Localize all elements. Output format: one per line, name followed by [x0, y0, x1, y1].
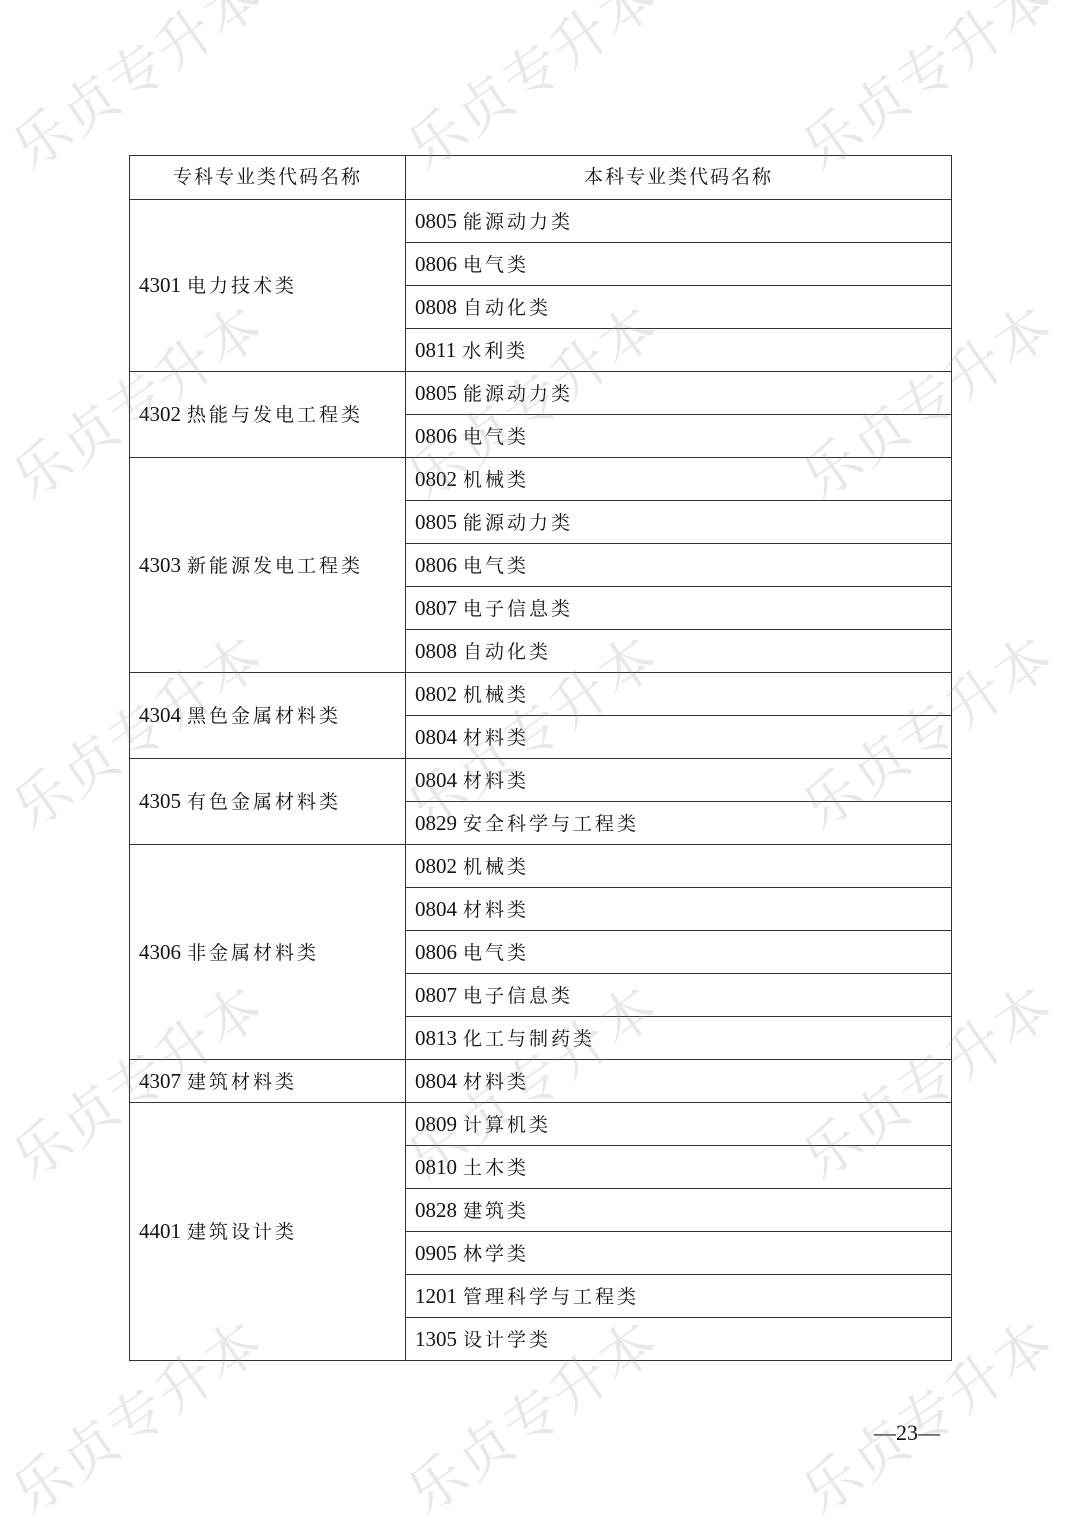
table-row: 4301电力技术类0805能源动力类: [130, 200, 952, 243]
table-row: 4305有色金属材料类0804材料类: [130, 759, 952, 802]
undergraduate-major-cell: 0802机械类: [406, 673, 952, 716]
undergraduate-major-cell: 1201管理科学与工程类: [406, 1275, 952, 1318]
major-code: 0810: [415, 1155, 457, 1179]
major-name: 建筑材料类: [187, 1071, 297, 1093]
major-code: 4302: [139, 402, 181, 426]
undergraduate-major-cell: 0804材料类: [406, 716, 952, 759]
undergraduate-major-cell: 0804材料类: [406, 1060, 952, 1103]
major-code: 4303: [139, 553, 181, 577]
undergraduate-major-cell: 1305设计学类: [406, 1318, 952, 1361]
major-code: 0802: [415, 467, 457, 491]
major-code: 0806: [415, 252, 457, 276]
major-code: 0806: [415, 424, 457, 448]
major-name: 材料类: [463, 727, 529, 749]
junior-college-major-cell: 4303新能源发电工程类: [130, 458, 406, 673]
major-name: 能源动力类: [463, 383, 573, 405]
major-code: 0807: [415, 596, 457, 620]
undergraduate-major-cell: 0805能源动力类: [406, 501, 952, 544]
major-name: 设计学类: [463, 1329, 551, 1351]
table-row: 4401建筑设计类0809计算机类: [130, 1103, 952, 1146]
table-row: 4303新能源发电工程类0802机械类: [130, 458, 952, 501]
junior-college-major-cell: 4302热能与发电工程类: [130, 372, 406, 458]
major-name: 电子信息类: [463, 985, 573, 1007]
table-row: 4304黑色金属材料类0802机械类: [130, 673, 952, 716]
major-code: 1201: [415, 1284, 457, 1308]
major-name: 电子信息类: [463, 598, 573, 620]
undergraduate-major-cell: 0806电气类: [406, 544, 952, 587]
undergraduate-major-cell: 0806电气类: [406, 931, 952, 974]
major-code: 0806: [415, 940, 457, 964]
major-code: 0828: [415, 1198, 457, 1222]
table-header-row: 专科专业类代码名称 本科专业类代码名称: [130, 156, 952, 200]
undergraduate-major-cell: 0807电子信息类: [406, 587, 952, 630]
major-code: 0804: [415, 725, 457, 749]
major-name: 计算机类: [463, 1114, 551, 1136]
undergraduate-major-cell: 0802机械类: [406, 845, 952, 888]
undergraduate-major-cell: 0829安全科学与工程类: [406, 802, 952, 845]
major-code: 1305: [415, 1327, 457, 1351]
major-name: 电气类: [463, 254, 529, 276]
major-code: 0809: [415, 1112, 457, 1136]
major-name: 电气类: [463, 942, 529, 964]
undergraduate-major-cell: 0807电子信息类: [406, 974, 952, 1017]
major-name: 非金属材料类: [187, 942, 319, 964]
junior-college-major-cell: 4401建筑设计类: [130, 1103, 406, 1361]
major-name: 电气类: [463, 426, 529, 448]
table-body: 4301电力技术类0805能源动力类0806电气类0808自动化类0811水利类…: [130, 200, 952, 1361]
header-undergraduate-major: 本科专业类代码名称: [406, 156, 952, 200]
junior-college-major-cell: 4306非金属材料类: [130, 845, 406, 1060]
major-code: 0811: [415, 338, 456, 362]
major-mapping-table: 专科专业类代码名称 本科专业类代码名称 4301电力技术类0805能源动力类08…: [129, 155, 952, 1361]
major-code: 0808: [415, 639, 457, 663]
junior-college-major-cell: 4305有色金属材料类: [130, 759, 406, 845]
undergraduate-major-cell: 0828建筑类: [406, 1189, 952, 1232]
major-name: 材料类: [463, 899, 529, 921]
major-code: 0805: [415, 209, 457, 233]
major-code: 0807: [415, 983, 457, 1007]
major-code: 0806: [415, 553, 457, 577]
table-row: 4302热能与发电工程类0805能源动力类: [130, 372, 952, 415]
major-name: 能源动力类: [463, 512, 573, 534]
major-name: 电气类: [463, 555, 529, 577]
major-code: 4305: [139, 789, 181, 813]
major-code: 0808: [415, 295, 457, 319]
junior-college-major-cell: 4301电力技术类: [130, 200, 406, 372]
major-name: 材料类: [463, 770, 529, 792]
major-code: 4401: [139, 1219, 181, 1243]
undergraduate-major-cell: 0811水利类: [406, 329, 952, 372]
table-row: 4306非金属材料类0802机械类: [130, 845, 952, 888]
major-code: 4306: [139, 940, 181, 964]
major-name: 能源动力类: [463, 211, 573, 233]
major-name: 安全科学与工程类: [463, 813, 639, 835]
major-code: 0802: [415, 854, 457, 878]
major-name: 有色金属材料类: [187, 791, 341, 813]
undergraduate-major-cell: 0805能源动力类: [406, 200, 952, 243]
major-code: 0804: [415, 897, 457, 921]
undergraduate-major-cell: 0804材料类: [406, 888, 952, 931]
major-code: 0905: [415, 1241, 457, 1265]
major-code: 0813: [415, 1026, 457, 1050]
undergraduate-major-cell: 0805能源动力类: [406, 372, 952, 415]
major-code: 0805: [415, 510, 457, 534]
major-name: 机械类: [463, 469, 529, 491]
major-code: 4307: [139, 1069, 181, 1093]
major-name: 林学类: [463, 1243, 529, 1265]
major-code: 0802: [415, 682, 457, 706]
major-name: 黑色金属材料类: [187, 705, 341, 727]
undergraduate-major-cell: 0905林学类: [406, 1232, 952, 1275]
major-name: 材料类: [463, 1071, 529, 1093]
undergraduate-major-cell: 0806电气类: [406, 415, 952, 458]
major-code: 0804: [415, 1069, 457, 1093]
header-junior-college-major: 专科专业类代码名称: [130, 156, 406, 200]
undergraduate-major-cell: 0804材料类: [406, 759, 952, 802]
major-name: 水利类: [462, 340, 528, 362]
undergraduate-major-cell: 0809计算机类: [406, 1103, 952, 1146]
major-code: 0804: [415, 768, 457, 792]
undergraduate-major-cell: 0813化工与制药类: [406, 1017, 952, 1060]
major-name: 管理科学与工程类: [463, 1286, 639, 1308]
undergraduate-major-cell: 0810土木类: [406, 1146, 952, 1189]
major-name: 土木类: [463, 1157, 529, 1179]
major-code: 0829: [415, 811, 457, 835]
major-name: 热能与发电工程类: [187, 404, 363, 426]
undergraduate-major-cell: 0808自动化类: [406, 286, 952, 329]
undergraduate-major-cell: 0808自动化类: [406, 630, 952, 673]
major-name: 机械类: [463, 684, 529, 706]
major-name: 建筑类: [463, 1200, 529, 1222]
major-name: 建筑设计类: [187, 1221, 297, 1243]
undergraduate-major-cell: 0802机械类: [406, 458, 952, 501]
major-name: 新能源发电工程类: [187, 555, 363, 577]
major-name: 机械类: [463, 856, 529, 878]
major-code: 4301: [139, 273, 181, 297]
junior-college-major-cell: 4304黑色金属材料类: [130, 673, 406, 759]
major-name: 电力技术类: [187, 275, 297, 297]
major-code: 4304: [139, 703, 181, 727]
page-number: —23—: [874, 1420, 940, 1446]
major-code: 0805: [415, 381, 457, 405]
undergraduate-major-cell: 0806电气类: [406, 243, 952, 286]
major-name: 自动化类: [463, 641, 551, 663]
table-row: 4307建筑材料类0804材料类: [130, 1060, 952, 1103]
major-name: 自动化类: [463, 297, 551, 319]
junior-college-major-cell: 4307建筑材料类: [130, 1060, 406, 1103]
major-name: 化工与制药类: [463, 1028, 595, 1050]
